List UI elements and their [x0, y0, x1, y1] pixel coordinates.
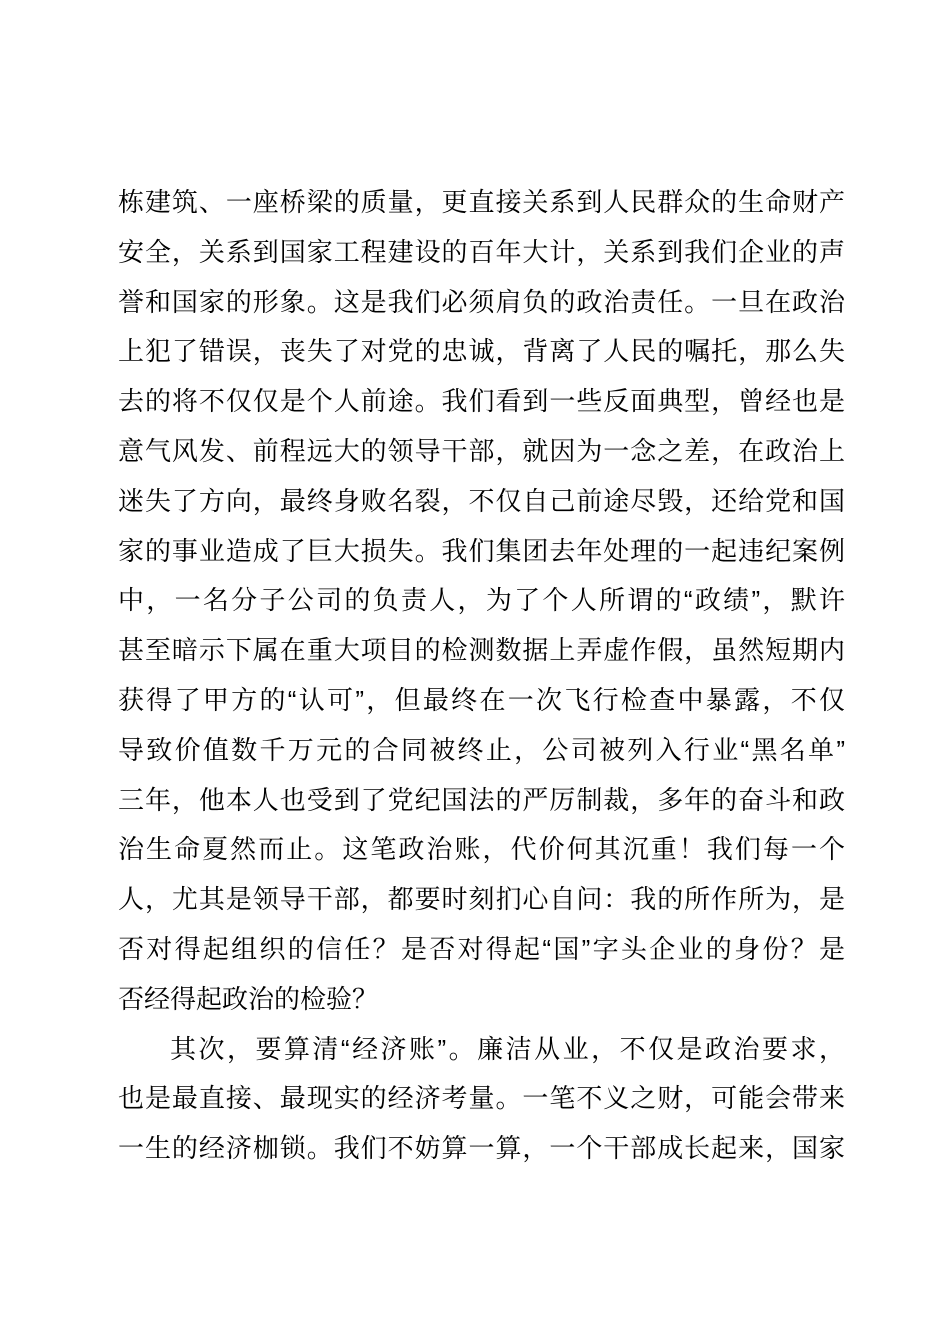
text-line: 迷失了方向，最终身败名裂，不仅自己前途尽毁，还给党和国 [118, 477, 845, 527]
text-line: 去的将不仅仅是个人前途。我们看到一些反面典型，曾经也是 [118, 377, 845, 427]
text-line: 栋建筑、一座桥梁的质量，更直接关系到人民群众的生命财产 [118, 178, 845, 228]
text-line: 三年，他本人也受到了党纪国法的严厉制裁，多年的奋斗和政 [118, 776, 845, 826]
text-line: 其次，要算清“经济账”。廉洁从业，不仅是政治要求， [118, 1025, 845, 1075]
text-line: 否对得起组织的信任？是否对得起“国”字头企业的身份？是 [118, 925, 845, 975]
text-line: 甚至暗示下属在重大项目的检测数据上弄虚作假，虽然短期内 [118, 626, 845, 676]
text-line: 否经得起政治的检验？ [118, 975, 845, 1025]
text-line: 意气风发、前程远大的领导干部，就因为一念之差，在政治上 [118, 427, 845, 477]
text-line: 获得了甲方的“认可”，但最终在一次飞行检查中暴露，不仅 [118, 676, 845, 726]
text-line: 誉和国家的形象。这是我们必须肩负的政治责任。一旦在政治 [118, 278, 845, 328]
document-page: 栋建筑、一座桥梁的质量，更直接关系到人民群众的生命财产安全，关系到国家工程建设的… [0, 0, 950, 1344]
document-body-text: 栋建筑、一座桥梁的质量，更直接关系到人民群众的生命财产安全，关系到国家工程建设的… [118, 178, 845, 1174]
text-line: 家的事业造成了巨大损失。我们集团去年处理的一起违纪案例 [118, 527, 845, 577]
text-line: 也是最直接、最现实的经济考量。一笔不义之财，可能会带来 [118, 1074, 845, 1124]
text-line: 导致价值数千万元的合同被终止，公司被列入行业“黑名单” [118, 726, 845, 776]
text-line: 上犯了错误，丧失了对党的忠诚，背离了人民的嘱托，那么失 [118, 327, 845, 377]
text-line: 安全，关系到国家工程建设的百年大计，关系到我们企业的声 [118, 228, 845, 278]
text-line: 一生的经济枷锁。我们不妨算一算，一个干部成长起来，国家 [118, 1124, 845, 1174]
text-line: 中，一名分子公司的负责人，为了个人所谓的“政绩”，默许 [118, 576, 845, 626]
text-line: 治生命夏然而止。这笔政治账，代价何其沉重！我们每一个 [118, 825, 845, 875]
text-line: 人，尤其是领导干部，都要时刻扪心自问：我的所作所为，是 [118, 875, 845, 925]
